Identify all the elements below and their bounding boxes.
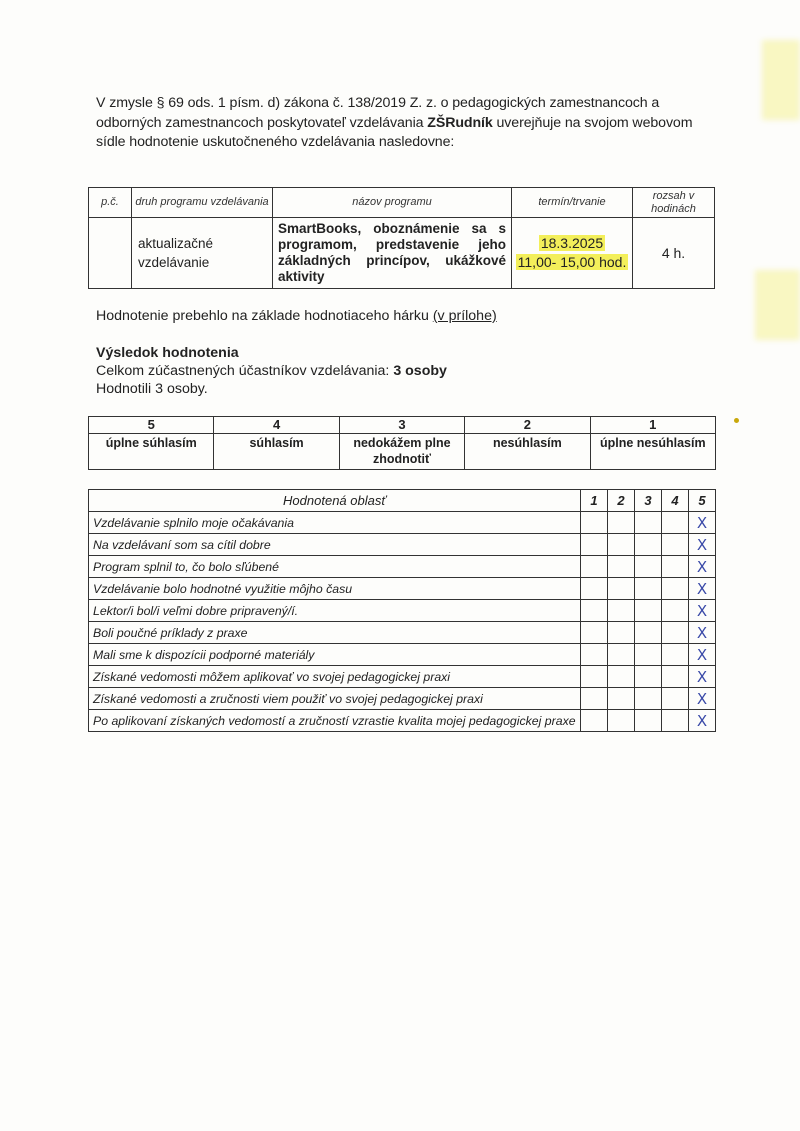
score-cell: X [689,556,716,578]
score-cell [662,666,689,688]
score-cell: X [689,688,716,710]
score-cell [662,578,689,600]
participants-count: 3 osoby [393,363,447,379]
score-cell [608,556,635,578]
scale-value: 3 [339,417,464,434]
score-cell: X [689,666,716,688]
rating-area: Program splnil to, čo bolo sľúbené [89,556,581,578]
score-cell: X [689,578,716,600]
scale-label: úplne súhlasím [89,434,214,470]
handwritten-x-mark: X [697,690,707,708]
score-cell [662,534,689,556]
score-cell [581,578,608,600]
score-cell [608,666,635,688]
rating-row: Program splnil to, čo bolo sľúbenéX [89,556,716,578]
score-cell [635,578,662,600]
rating-area: Vzdelávanie splnilo moje očakávania [89,512,581,534]
score-cell [662,622,689,644]
score-cell [581,710,608,732]
scale-values-row: 5 4 3 2 1 [89,417,716,434]
score-cell [581,688,608,710]
program-kind: aktualizačné vzdelávanie [132,218,273,289]
rating-area: Vzdelávanie bolo hodnotné využitie môjho… [89,578,581,600]
rating-area: Boli poučné príklady z praxe [89,622,581,644]
area-header: Hodnotená oblasť [89,490,581,512]
score-cell [635,556,662,578]
provider-name: ZŠRudník [427,115,492,131]
score-cell [635,534,662,556]
rating-row: Mali sme k dispozícii podporné materiály… [89,644,716,666]
scale-label: nesúhlasím [465,434,590,470]
score-cell [581,512,608,534]
score-cell: X [689,710,716,732]
score-header: 2 [608,490,635,512]
rating-header-row: Hodnotená oblasť 1 2 3 4 5 [89,490,716,512]
score-cell [581,622,608,644]
col-number: p.č. [89,188,132,218]
rating-area: Lektor/i bol/i veľmi dobre pripravený/í. [89,600,581,622]
score-cell: X [689,512,716,534]
participants-line: Celkom zúčastnených účastníkov vzdelávan… [96,362,447,380]
score-cell [608,710,635,732]
score-cell [635,512,662,534]
score-header: 5 [689,490,716,512]
handwritten-x-mark: X [697,536,707,554]
result-heading: Výsledok hodnotenia [96,344,447,362]
program-table: p.č. druh programu vzdelávania názov pro… [88,187,715,289]
col-term: termín/trvanie [512,188,633,218]
result-section: Výsledok hodnotenia Celkom zúčastnených … [96,344,447,398]
rating-area: Mali sme k dispozícii podporné materiály [89,644,581,666]
score-cell [608,512,635,534]
score-cell [662,556,689,578]
yellow-stain [762,40,800,120]
evaluated-line: Hodnotili 3 osoby. [96,380,447,398]
score-cell [662,710,689,732]
rating-row: Získané vedomosti môžem aplikovať vo svo… [89,666,716,688]
score-cell: X [689,600,716,622]
score-cell [581,556,608,578]
program-term: 18.3.2025 11,00- 15,00 hod. [512,218,633,289]
score-cell: X [689,644,716,666]
score-cell [662,512,689,534]
program-date: 18.3.2025 [539,235,605,251]
score-cell [581,534,608,556]
rating-row: Vzdelávanie splnilo moje očakávaniaX [89,512,716,534]
handwritten-x-mark: X [697,558,707,576]
handwritten-x-mark: X [697,602,707,620]
handwritten-x-mark: X [697,646,707,664]
rating-row: Po aplikovaní získaných vedomostí a zruč… [89,710,716,732]
col-name: názov programu [273,188,512,218]
handwritten-x-mark: X [697,668,707,686]
score-cell [581,644,608,666]
yellow-stain [755,270,800,340]
scale-value: 5 [89,417,214,434]
score-cell [608,600,635,622]
rating-row: Získané vedomosti a zručnosti viem použi… [89,688,716,710]
score-cell [635,622,662,644]
program-time: 11,00- 15,00 hod. [516,254,629,270]
handwritten-x-mark: X [697,514,707,532]
score-cell [635,600,662,622]
rating-row: Lektor/i bol/i veľmi dobre pripravený/í.… [89,600,716,622]
score-cell [581,600,608,622]
score-cell [608,688,635,710]
scale-legend-table: 5 4 3 2 1 úplne súhlasím súhlasím nedoká… [88,416,716,470]
scale-value: 4 [214,417,339,434]
col-hours: rozsah v hodinách [633,188,715,218]
score-cell [581,666,608,688]
handwritten-x-mark: X [697,712,707,730]
intro-paragraph: V zmysle § 69 ods. 1 písm. d) zákona č. … [96,94,716,153]
handwritten-x-mark: X [697,580,707,598]
rating-table: Hodnotená oblasť 1 2 3 4 5 Vzdelávanie s… [88,489,716,732]
rating-area: Na vzdelávaní som sa cítil dobre [89,534,581,556]
score-cell [608,644,635,666]
score-cell [662,600,689,622]
scale-label: úplne nesúhlasím [590,434,715,470]
rating-row: Vzdelávanie bolo hodnotné využitie môjho… [89,578,716,600]
score-cell [635,644,662,666]
scale-label: súhlasím [214,434,339,470]
rating-area: Získané vedomosti môžem aplikovať vo svo… [89,666,581,688]
col-kind: druh programu vzdelávania [132,188,273,218]
score-cell [608,534,635,556]
rating-area: Získané vedomosti a zručnosti viem použi… [89,688,581,710]
scale-value: 2 [465,417,590,434]
program-name: SmartBooks, oboznámenie sa s programom, … [273,218,512,289]
program-row: aktualizačné vzdelávanie SmartBooks, obo… [89,218,715,289]
rating-row: Na vzdelávaní som sa cítil dobreX [89,534,716,556]
scale-value: 1 [590,417,715,434]
row-number [89,218,132,289]
rating-row: Boli poučné príklady z praxeX [89,622,716,644]
score-header: 4 [662,490,689,512]
score-cell: X [689,622,716,644]
score-cell [635,666,662,688]
rating-area: Po aplikovaní získaných vedomostí a zruč… [89,710,581,732]
handwritten-x-mark: X [697,624,707,642]
score-header: 1 [581,490,608,512]
score-cell [608,578,635,600]
score-cell [635,710,662,732]
evaluation-note: Hodnotenie prebehlo na základe hodnotiac… [96,308,497,324]
score-cell [662,688,689,710]
score-header: 3 [635,490,662,512]
scale-label: nedokážem plne zhodnotiť [339,434,464,470]
attachment-reference: (v prílohe) [433,308,497,324]
ink-dot [734,418,739,423]
score-cell [635,688,662,710]
score-cell [608,622,635,644]
program-hours: 4 h. [633,218,715,289]
score-cell: X [689,534,716,556]
program-table-header: p.č. druh programu vzdelávania názov pro… [89,188,715,218]
score-cell [662,644,689,666]
scale-labels-row: úplne súhlasím súhlasím nedokážem plne z… [89,434,716,470]
